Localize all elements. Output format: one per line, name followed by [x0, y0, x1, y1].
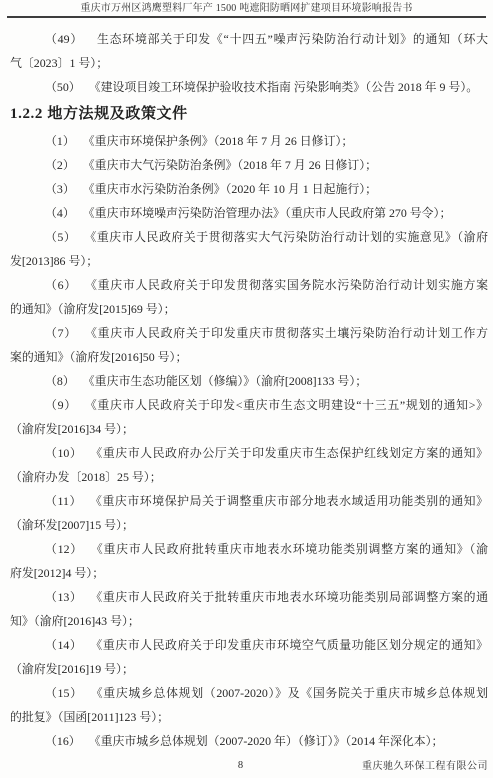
item-number: （15） — [45, 686, 83, 700]
legal-item-16: （16）《重庆市城乡总体规划（2007-2020 年）（修订）》（2014 年深… — [10, 729, 488, 753]
item-continuation: （渝府办发〔2018〕25 号）； — [10, 465, 488, 489]
item-number: （8） — [45, 374, 75, 388]
item-number: （13） — [45, 590, 82, 604]
legal-item-3: （3）《重庆市水污染防治条例》（2020 年 10 月 1 日起施行）； — [10, 177, 488, 201]
item-number: （49） — [45, 32, 83, 46]
item-number: （16） — [45, 734, 81, 748]
item-text: 《建设项目竣工环境保护验收技术指南 污染影响类》（公告 2018 年 9 号）。 — [95, 80, 478, 94]
item-number: （4） — [45, 206, 75, 220]
item-continuation: 气〔2023〕1 号）； — [10, 51, 488, 75]
item-number: （10） — [45, 446, 82, 460]
legal-item-4: （4）《重庆市环境噪声污染防治管理办法》（重庆市人民政府第 270 号令）； — [10, 201, 488, 225]
legal-item-8: （8）《重庆市生态功能区划（修编）》（渝府[2008]133 号）； — [10, 369, 488, 393]
item-continuation: （渝府发[2016]19 号）； — [10, 657, 488, 681]
legal-item-7: （7）《重庆市人民政府关于印发重庆市贯彻落实土壤污染防治行动计划工作方 案的通知… — [10, 321, 488, 369]
item-text: 《重庆市环境保护条例》（2018 年 7 月 26 日修订）； — [89, 134, 354, 148]
item-text: 《重庆市水污染防治条例》（2020 年 10 月 1 日起施行）； — [89, 182, 377, 196]
legal-item-14: （14）《重庆市人民政府关于印发重庆市环境空气质量功能区划分规定的通知》 （渝府… — [10, 633, 488, 681]
item-text: 《重庆市环境保护局关于调整重庆市部分地表水域适用功能类别的通知》 — [96, 494, 488, 508]
legal-item-15: （15）《重庆城乡总体规划（2007-2020）》及《国务院关于重庆市城乡总体规… — [10, 681, 488, 729]
legal-item-5: （5）《重庆市人民政府关于贯彻落实大气污染防治行动计划的实施意见》（渝府 发[2… — [10, 225, 488, 273]
legal-item-50: （50）《建设项目竣工环境保护验收技术指南 污染影响类》（公告 2018 年 9… — [10, 75, 488, 99]
legal-item-13: （13）《重庆市人民政府关于批转重庆市地表水环境功能类别局部调整方案的通 知》（… — [10, 585, 488, 633]
item-text: 《重庆市人民政府办公厅关于印发重庆市生态保护红线划定方案的通知》 — [96, 446, 488, 460]
item-number: （2） — [45, 158, 75, 172]
item-text: 《重庆市环境噪声污染防治管理办法》（重庆市人民政府第 270 号令）； — [89, 206, 452, 220]
item-continuation: 的批复》（国函[2011]123 号）； — [10, 705, 488, 729]
item-text: 《重庆市人民政府关于印发<重庆市生态文明建设“十三五”规划的通知>》 — [91, 398, 488, 412]
item-continuation: 的通知》（渝府发[2015]69 号）； — [10, 297, 488, 321]
page-body: （49）生态环境部关于印发《“十四五”噪声污染防治行动计划》的通知（环大 气〔2… — [10, 27, 488, 753]
item-continuation: 知》（渝府[2016]43 号）； — [10, 609, 488, 633]
item-text: 《重庆市人民政府关于批转重庆市地表水环境功能类别局部调整方案的通 — [96, 590, 488, 604]
item-continuation: 府发[2012]4 号）； — [10, 561, 488, 585]
item-number: （9） — [45, 398, 77, 412]
item-number: （6） — [45, 278, 77, 292]
item-number: （50） — [45, 80, 81, 94]
legal-item-11: （11）《重庆市环境保护局关于调整重庆市部分地表水域适用功能类别的通知》 （渝环… — [10, 489, 488, 537]
item-text: 《重庆市人民政府关于贯彻落实大气污染防治行动计划的实施意见》（渝府 — [90, 230, 488, 244]
item-text: 《重庆市人民政府关于印发贯彻落实国务院水污染防治行动计划实施方案 — [91, 278, 488, 292]
item-text: 《重庆市城乡总体规划（2007-2020 年）（修订）》（2014 年深化本）； — [95, 734, 444, 748]
item-text: 《重庆市人民政府关于印发重庆市环境空气质量功能区划分规定的通知》 — [96, 638, 488, 652]
item-continuation: （渝府发[2016]34 号）； — [10, 417, 488, 441]
item-continuation: （渝环发[2007]15 号）； — [10, 513, 488, 537]
item-text: 《重庆市人民政府批转重庆市地表水环境功能类别调整方案的通知》（渝 — [97, 542, 488, 556]
legal-item-12: （12）《重庆市人民政府批转重庆市地表水环境功能类别调整方案的通知》（渝 府发[… — [10, 537, 488, 585]
item-number: （11） — [45, 494, 82, 508]
item-number: （3） — [45, 182, 75, 196]
document-page: 重庆市万州区鸿鹰塑料厂年产 1500 吨遮阳防晒网扩建项目环境影响报告书 （49… — [0, 0, 493, 778]
item-continuation: 案的通知》（渝府发[2016]50 号）； — [10, 345, 488, 369]
report-title: 重庆市万州区鸿鹰塑料厂年产 1500 吨遮阳防晒网扩建项目环境影响报告书 — [80, 3, 412, 14]
item-text: 《重庆市生态功能区划（修编）》（渝府[2008]133 号）； — [89, 374, 367, 388]
legal-item-49: （49）生态环境部关于印发《“十四五”噪声污染防治行动计划》的通知（环大 气〔2… — [10, 27, 488, 75]
section-heading-1-2-2: 1.2.2 地方法规及政策文件 — [10, 99, 488, 129]
legal-item-1: （1）《重庆市环境保护条例》（2018 年 7 月 26 日修订）； — [10, 129, 488, 153]
legal-item-9: （9）《重庆市人民政府关于印发<重庆市生态文明建设“十三五”规划的通知>》 （渝… — [10, 393, 488, 441]
legal-item-10: （10）《重庆市人民政府办公厅关于印发重庆市生态保护红线划定方案的通知》 （渝府… — [10, 441, 488, 489]
item-number: （12） — [45, 542, 83, 556]
item-number: （14） — [45, 638, 82, 652]
item-number: （5） — [45, 230, 76, 244]
item-text: 生态环境部关于印发《“十四五”噪声污染防治行动计划》的通知（环大 — [97, 32, 488, 46]
footer-company-name: 重庆驰久环保工程有限公司 — [362, 761, 488, 773]
legal-item-2: （2）《重庆市大气污染防治条例》（2018 年 7 月 26 日修订）； — [10, 153, 488, 177]
page-header: 重庆市万州区鸿鹰塑料厂年产 1500 吨遮阳防晒网扩建项目环境影响报告书 — [7, 0, 486, 18]
item-text: 《重庆城乡总体规划（2007-2020）》及《国务院关于重庆市城乡总体规划 — [97, 686, 488, 700]
item-text: 《重庆市人民政府关于印发重庆市贯彻落实土壤污染防治行动计划工作方 — [91, 326, 488, 340]
item-number: （1） — [45, 134, 75, 148]
item-text: 《重庆市大气污染防治条例》（2018 年 7 月 26 日修订）； — [89, 158, 377, 172]
item-continuation: 发[2013]86 号）； — [10, 249, 488, 273]
legal-item-6: （6）《重庆市人民政府关于印发贯彻落实国务院水污染防治行动计划实施方案 的通知》… — [10, 273, 488, 321]
item-number: （7） — [45, 326, 77, 340]
